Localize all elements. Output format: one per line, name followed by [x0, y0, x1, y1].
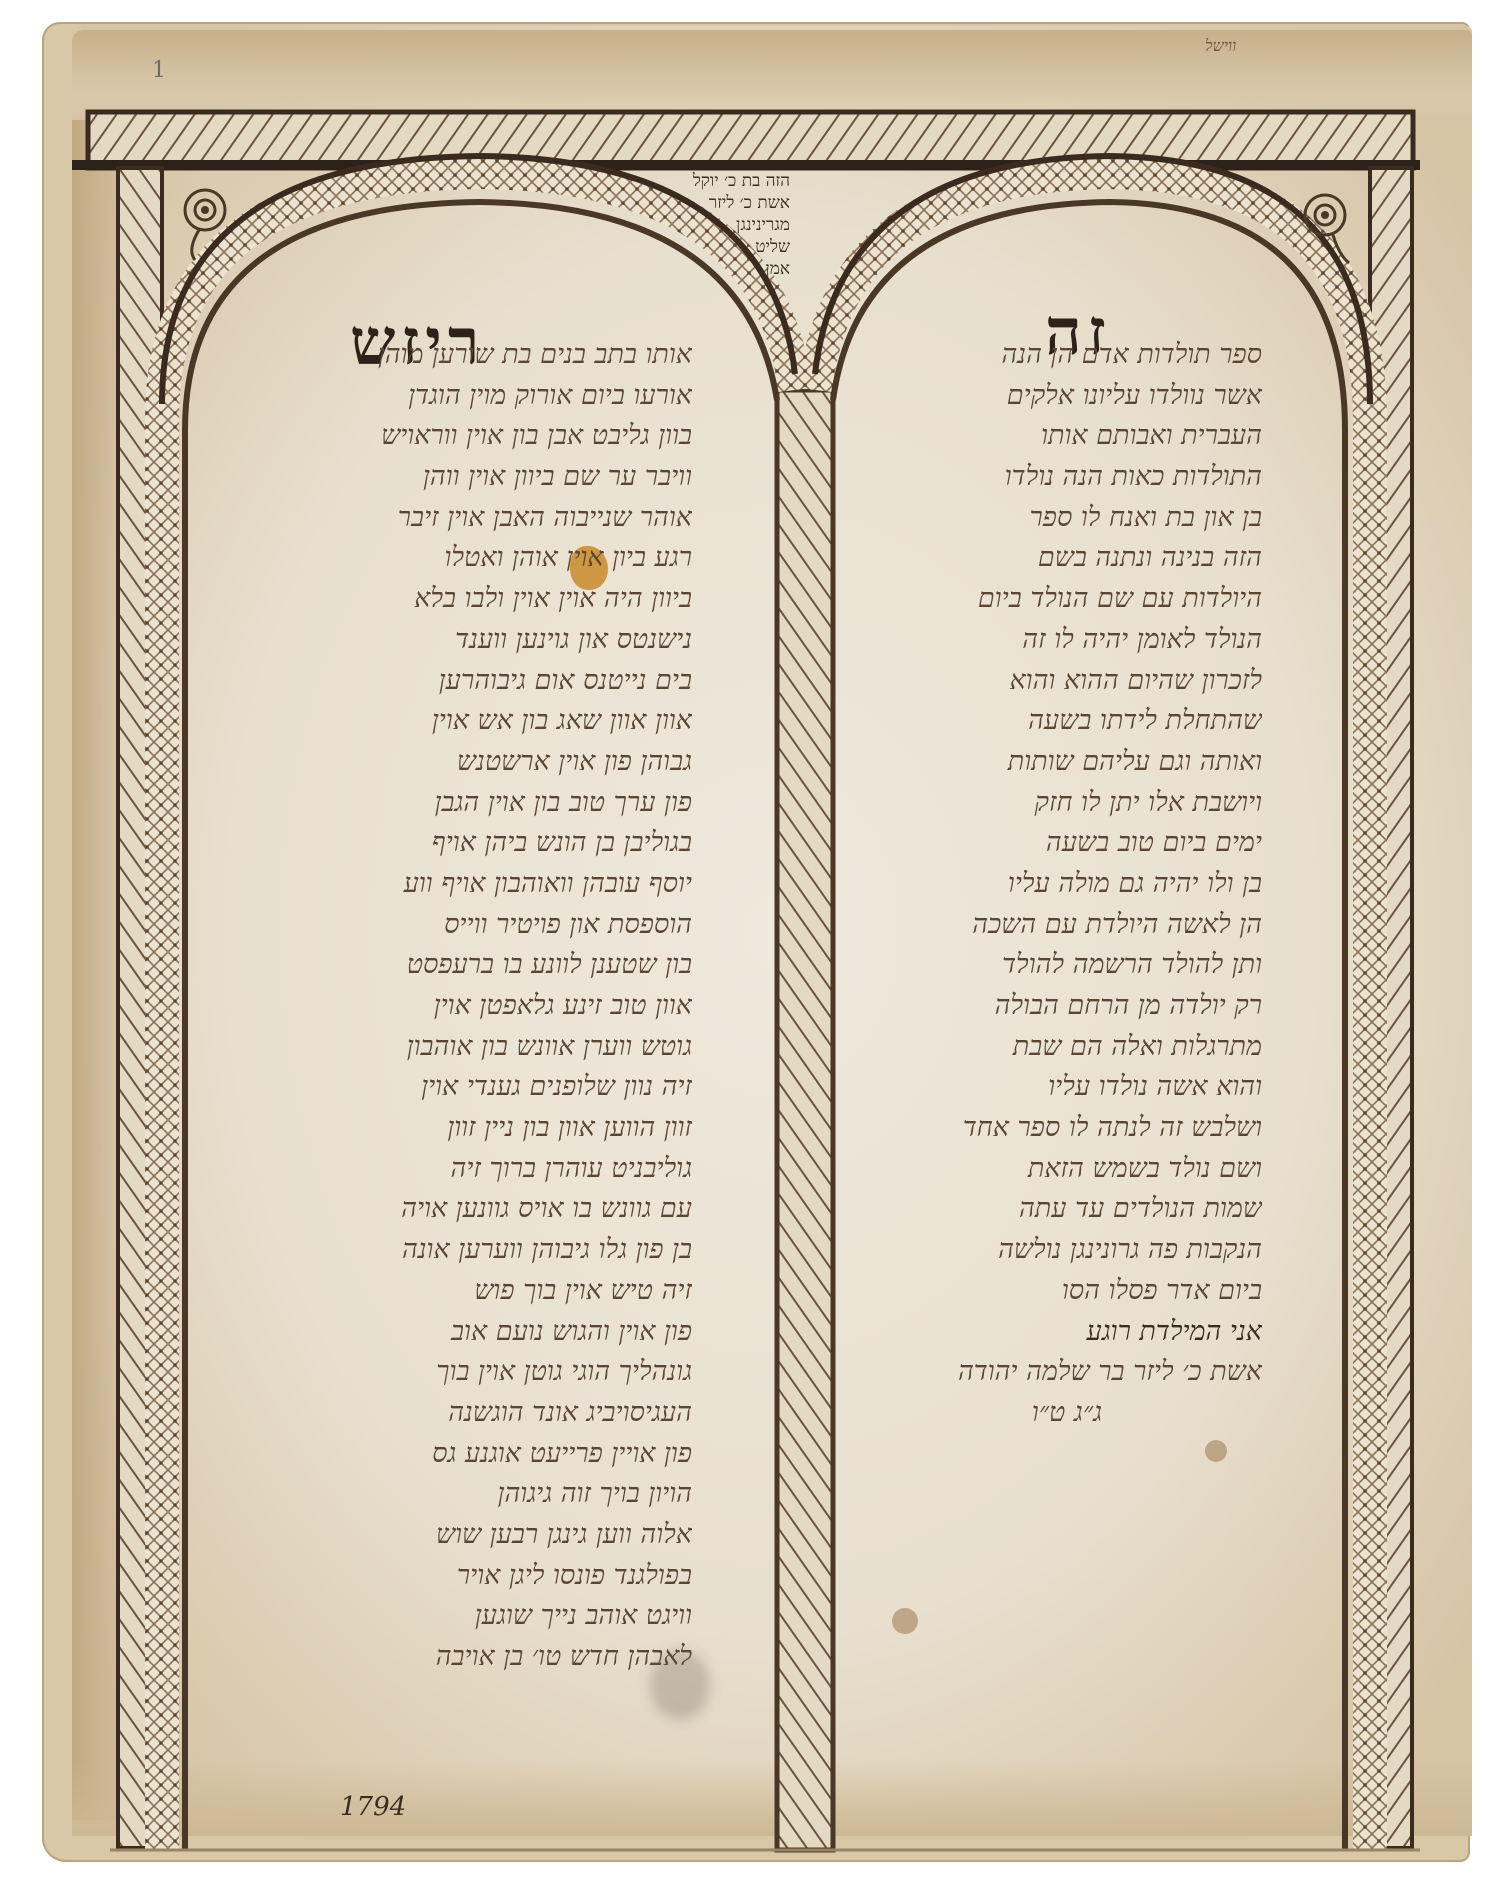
text-line: בגוליבן בן הונש ביהן אויף: [212, 823, 692, 864]
text-line: שמות הנולדים עד עתה: [862, 1189, 1262, 1230]
text-line: יוסף עובהן וואוהבון אויף ווע: [212, 864, 692, 905]
text-line: והוא אשה נולדו עליו: [862, 1067, 1262, 1108]
text-line: וויגט אוהב נייך שוגען: [212, 1596, 692, 1637]
text-line: בן ולו יהיה גם מולה עליו: [862, 864, 1262, 905]
text-line: הזה בנינה ונתנה בשם: [862, 538, 1262, 579]
text-line: אוון טוב זינע גלאפטן אוין: [212, 986, 692, 1027]
date-abbreviation: ג״ג ט״ו: [862, 1393, 1262, 1434]
text-line: הן לאשה היולדת עם השכה: [862, 905, 1262, 946]
top-border-band: [72, 112, 1420, 168]
text-line: גוטש ווערן אוונש בון אוהבון: [212, 1027, 692, 1068]
text-line: אוהר שנייבוה האבן אוין זיבר: [212, 498, 692, 539]
text-line: העגיסויביג אונד הוגשנה: [212, 1393, 692, 1434]
inscription-line: הזה בת כ׳ יוקל: [640, 170, 790, 192]
center-pillar: [777, 390, 833, 1850]
text-line: הנולד לאומן יהיה לו זה: [862, 620, 1262, 661]
text-line: רק יולדה מן הרחם הבולה: [862, 986, 1262, 1027]
text-line: ויושבת אלו יתן לו חזק: [862, 783, 1262, 824]
text-line: גוליבניט עוהרן ברוך זיה: [212, 1149, 692, 1190]
text-line: הנקבות פה גרונינגן נולשה: [862, 1230, 1262, 1271]
text-line: ביום אדר פסלו הסו: [862, 1271, 1262, 1312]
text-line: ושלבש זה לנתה לו ספר אחד: [862, 1108, 1262, 1149]
text-line: הוספסת און פויטיר ווייס: [212, 905, 692, 946]
text-line: פון אויין פרייעט אוגנע גס: [212, 1434, 692, 1475]
inscription-line: אמן: [640, 258, 790, 280]
text-line: זיה נוון שלופנים גענדי אוין: [212, 1067, 692, 1108]
text-line: לזכרון שהיום ההוא והוא: [862, 661, 1262, 702]
text-line: היולדות עם שם הנולד ביום: [862, 579, 1262, 620]
inscription-line: אשת כ׳ ליזר: [640, 192, 790, 214]
text-line: אוון אוון שאג בון אש אוין: [212, 701, 692, 742]
signature-line-2: אשת כ׳ ליזר בר שלמה יהודה: [862, 1352, 1262, 1393]
text-line: גבוהן פון אוין ארשטנש: [212, 742, 692, 783]
text-line: נישנטס און גוינען ווענד: [212, 620, 692, 661]
text-line: אורעו ביום אורוק מוין הוגדן: [212, 376, 692, 417]
text-line: בן און בת ואנח לו ספר: [862, 498, 1262, 539]
text-line: העברית ואבותם אותו: [862, 416, 1262, 457]
text-line: ימים ביום טוב בשעה: [862, 823, 1262, 864]
text-line: אשר נוולדו עליונו אלקים: [862, 376, 1262, 417]
text-line: התולדות כאות הנה נולדו: [862, 457, 1262, 498]
text-line: בן פון גלו גיבוהן ווערען אונה: [212, 1230, 692, 1271]
text-line: הויון בויך זוה גיגוהן: [212, 1474, 692, 1515]
text-line: ושם נולד בשמש הזאת: [862, 1149, 1262, 1190]
text-line: בים נייטנס אום גיבוהרען: [212, 661, 692, 702]
text-line: שהתחלת לידתו בשעה: [862, 701, 1262, 742]
text-line: זיה טיש אוין בוך פוש: [212, 1271, 692, 1312]
text-line: ואותה וגם עליהם שותות: [862, 742, 1262, 783]
text-line: וויבר ער שם ביוון אוין ווהן: [212, 457, 692, 498]
text-line: עם גוונש בו אויס גוונען אויה: [212, 1189, 692, 1230]
text-line: ספר תולדות אדם הן הנה: [862, 335, 1262, 376]
text-line: בפולגנד פונסו ליגן אויר: [212, 1556, 692, 1597]
text-line: בון שטענן לוונע בו ברעפסט: [212, 945, 692, 986]
text-line: ותן להולד הרשמה להולד: [862, 945, 1262, 986]
text-line: פון אוין והגוש נועם אוב: [212, 1312, 692, 1353]
text-line: רגע ביון אוין אוהן ואטלו: [212, 538, 692, 579]
year-inscription: 1794: [340, 1792, 406, 1822]
text-line: לאבהן חדש טו׳ בן אויבה: [212, 1637, 692, 1678]
text-line: אותו בתב בנים בת שורען מוהן: [212, 335, 692, 376]
inscription-line: מגרינינגן: [640, 214, 790, 236]
ink-spot: [1205, 1440, 1227, 1462]
text-line: זוון הווען אוון בון ניין זוון: [212, 1108, 692, 1149]
right-column-text: ספר תולדות אדם הן הנה אשר נוולדו עליונו …: [862, 335, 1262, 1434]
signature-line: אני המילדת רוגע: [862, 1312, 1262, 1353]
inscription-line: שליט: [640, 236, 790, 258]
ink-spot: [892, 1608, 918, 1634]
text-line: גונהליך הוגי גוטן אוין בוך: [212, 1352, 692, 1393]
text-line: בוון גליבט אבן בון אוין ווראויש: [212, 416, 692, 457]
header-inscription: הזה בת כ׳ יוקל אשת כ׳ ליזר מגרינינגן שלי…: [640, 170, 790, 280]
text-line: פון ערך טוב בון אוין הגבן: [212, 783, 692, 824]
text-line: ביוון היה אוין אוין ולבו בלא: [212, 579, 692, 620]
left-column-text: אותו בתב בנים בת שורען מוהן אורעו ביום א…: [212, 335, 692, 1678]
text-line: מתרגלות ואלה הם שבת: [862, 1027, 1262, 1068]
text-line: אלוה ווען גינגן רבען שוש: [212, 1515, 692, 1556]
